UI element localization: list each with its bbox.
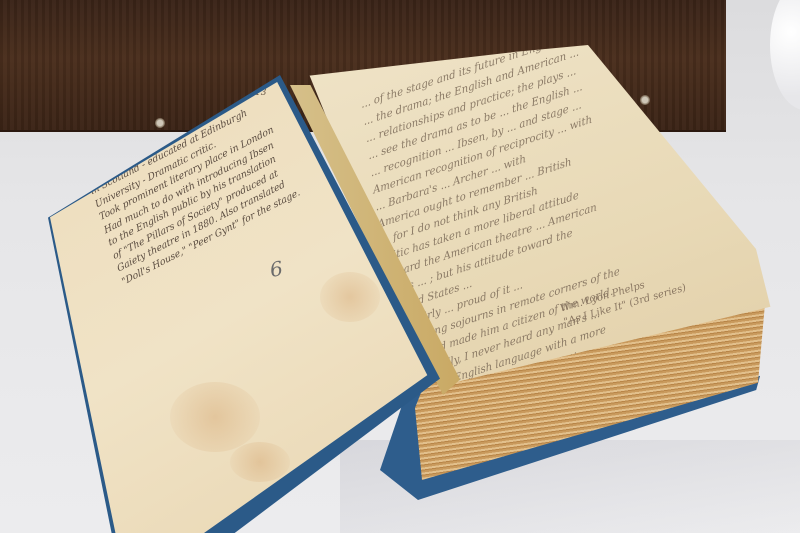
white-bowl (770, 0, 800, 110)
foxing-stain (320, 272, 380, 322)
nail-head (155, 118, 165, 128)
foxing-stain (170, 382, 260, 452)
margin-mark: 6 (268, 256, 285, 282)
foxing-stain (230, 442, 290, 482)
photo-scene: ... of the stage and its future in Engla… (0, 0, 800, 533)
nail-head (640, 95, 650, 105)
